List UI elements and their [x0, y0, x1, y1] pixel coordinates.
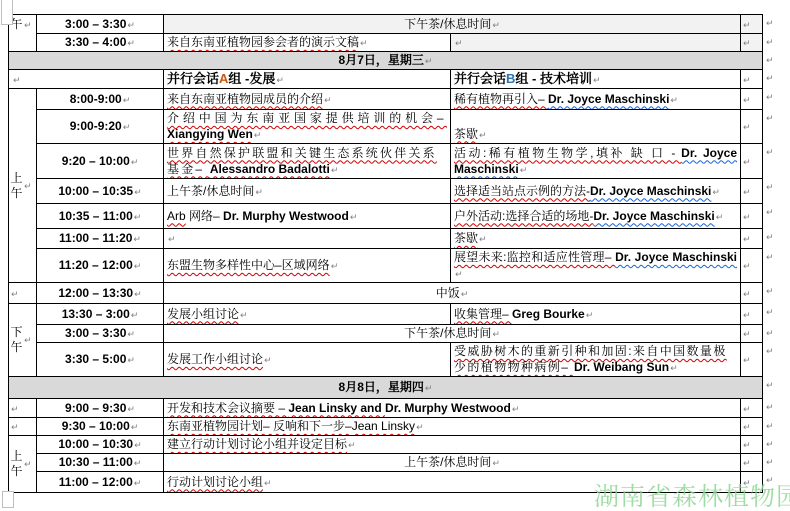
cell-end-mark: ↵	[742, 154, 751, 170]
cell-end-mark: ↵	[253, 127, 262, 143]
cell-end-mark: ↵	[330, 162, 339, 178]
cell-end-mark: ↵	[126, 352, 135, 368]
row-end-cell: ↵	[741, 436, 763, 454]
row-end-cell: ↵	[741, 249, 763, 283]
time-cell[interactable]: 11:00 – 11:20↵	[37, 229, 164, 249]
row-end-cell: ↵	[741, 229, 763, 249]
cell-end-mark: ↵	[126, 326, 135, 342]
cell-end-mark: ↵	[23, 332, 32, 348]
cell-end-mark: ↵	[715, 209, 724, 225]
cell-end-mark: ↵	[742, 17, 751, 33]
time-cell[interactable]: 13:30 – 3:00↵	[37, 304, 164, 325]
cell-end-mark: ↵	[133, 258, 142, 274]
tea-break-cell[interactable]: 下午茶/休息时间↵	[164, 325, 741, 343]
session-b-cell[interactable]: 收集管理– Greg Bourke↵	[451, 304, 741, 325]
cell-end-mark: ↵	[491, 455, 500, 471]
session-a-cell[interactable]: 东盟生物多样性中心–区域网络↵	[164, 249, 451, 283]
cell-end-mark: ↵	[742, 307, 751, 323]
time-cell[interactable]: 9:20 – 10:00↵	[37, 144, 164, 179]
cell-end-mark: ↵	[585, 307, 594, 323]
row-end-cell: ↵	[741, 89, 763, 110]
speaker-name: Dr. Murphy Westwood	[385, 401, 511, 415]
cell-end-mark: ↵	[742, 326, 751, 342]
column-header-session-a[interactable]: 并行会话A组 -发展↵	[164, 70, 451, 89]
cell-end-mark: ↵	[133, 209, 142, 225]
cell-end-mark: ↵	[742, 92, 751, 108]
cell-end-mark: ↵	[23, 178, 32, 194]
cell-end-mark: ↵	[126, 35, 135, 51]
session-b-cell[interactable]: 展望未来:监控和适应性管理– Dr. Joyce Maschinski↵	[451, 249, 741, 283]
row-end-mark: ↵	[766, 147, 774, 158]
empty-line	[454, 111, 737, 126]
speaker-name: Dr. Joyce Maschinski	[548, 92, 669, 106]
row-end-mark: ↵	[766, 73, 774, 84]
cell-end-mark: ↵	[130, 307, 139, 323]
time-cell[interactable]: 3:30 – 5:00↵	[37, 343, 164, 377]
table-row: 9:00-9:20↵ 介绍中国为东南亚国家提供培训的机会– Xiangying …	[9, 110, 763, 144]
period-cell-am-aug7[interactable]: 上午↵	[9, 89, 37, 283]
table-row: 10:30 – 11:00↵ 上午茶/休息时间↵ ↵	[9, 454, 763, 472]
time-cell[interactable]: 9:30 – 10:00↵	[37, 418, 164, 436]
speaker-name: Dr. Joyce Maschinski	[593, 209, 714, 223]
speaker-name: Jean Linsky	[352, 419, 415, 433]
row-end-mark: ↵	[766, 232, 774, 243]
table-row: 11:00 – 11:20↵ ↵ 茶歇↵ ↵	[9, 229, 763, 249]
lunch-cell[interactable]: 中饭↵	[164, 283, 741, 304]
cell-end-mark: ↵	[130, 154, 139, 170]
row-end-mark: ↵	[766, 380, 774, 391]
speaker-name: Jean Linsky and	[288, 401, 385, 415]
row-end-mark: ↵	[766, 457, 774, 468]
session-b-cell[interactable]: 活动:稀有植物生物学,填补 缺 口 - Dr. Joyce Maschinski…	[451, 144, 741, 179]
cell-end-mark: ↵	[415, 419, 424, 435]
session-cell-empty[interactable]: ↵	[451, 34, 741, 52]
session-b-letter: B	[506, 71, 515, 86]
cell-end-mark: ↵	[254, 184, 263, 200]
cell-end-mark: ↵	[133, 437, 142, 453]
time-cell[interactable]: 9:00-9:20↵	[37, 110, 164, 144]
row-end-cell: ↵	[741, 144, 763, 179]
cell-end-mark: ↵	[742, 286, 751, 302]
table-row: 上午↵ 10:00 – 10:30↵ 建立行动计划讨论小组并设定目标↵ ↵	[9, 436, 763, 454]
row-end-mark: ↵	[766, 439, 774, 450]
row-end-mark: ↵	[766, 55, 774, 66]
period-cell-pm-aug7[interactable]: 下午↵	[9, 304, 37, 377]
page-margin-box-top	[1, 0, 13, 25]
tea-break-cell[interactable]: 上午茶/休息时间↵	[164, 454, 741, 472]
time-cell[interactable]: 10:30 – 11:00↵	[37, 454, 164, 472]
time-cell[interactable]: 12:00 – 13:30↵	[37, 283, 164, 304]
row-end-mark: ↵	[766, 92, 774, 103]
cell-end-mark: ↵	[742, 231, 751, 247]
session-a-cell[interactable]: Arb 网络– Dr. Murphy Westwood↵	[164, 204, 451, 229]
table-row: 3:00 – 3:30↵ 下午茶/休息时间↵ ↵	[9, 325, 763, 343]
cell-end-mark: ↵	[330, 258, 339, 274]
row-end-cell: ↵	[741, 304, 763, 325]
period-label: 上午	[10, 171, 23, 201]
row-end-cell: ↵	[741, 283, 763, 304]
row-end-cell: ↵	[741, 179, 763, 204]
row-end-mark: ↵	[766, 113, 774, 124]
cell-end-mark: ↵	[133, 286, 142, 302]
cell-end-mark: ↵	[519, 162, 528, 178]
cell-end-mark: ↵	[23, 456, 32, 472]
session-a-cell[interactable]: 发展小组讨论↵	[164, 304, 451, 325]
cell-end-mark: ↵	[742, 437, 751, 453]
period-cell-am-aug8[interactable]: 上午↵	[9, 436, 37, 493]
row-end-mark: ↵	[766, 286, 774, 297]
row-end-mark: ↵	[766, 307, 774, 318]
session-b-cell[interactable]: 选择适当站点示例的方法-Dr. Joyce Maschinski↵	[451, 179, 741, 204]
cell-end-mark: ↵	[491, 17, 500, 33]
time-cell[interactable]: 8:00-9:00↵	[37, 89, 164, 110]
word-document-page: 午↵ 3:00 – 3:30↵ 下午茶/休息时间↵ ↵ 3:30 – 4:00↵…	[0, 0, 790, 511]
row-end-mark: ↵	[766, 18, 774, 29]
time-cell[interactable]: 10:35 – 11:00↵	[37, 204, 164, 229]
date-header-aug7[interactable]: 8月7日，星期三↵	[9, 52, 763, 70]
cell-end-mark: ↵	[132, 231, 141, 247]
row-end-cell: ↵	[741, 204, 763, 229]
cell-end-mark: ↵	[424, 380, 433, 396]
cell-end-mark: ↵	[511, 401, 520, 417]
cell-end-mark: ↵	[133, 184, 142, 200]
time-cell[interactable]: 10:00 – 10:35↵	[37, 179, 164, 204]
cell-end-mark: ↵	[126, 17, 135, 33]
row-end-mark: ↵	[766, 328, 774, 339]
cell-end-mark: ↵	[323, 92, 332, 108]
speaker-name: Dr. Murphy Westwood	[223, 209, 349, 223]
session-a-cell-tea[interactable]: 上午茶/休息时间↵	[164, 179, 451, 204]
blank-cell[interactable]: ↵	[9, 70, 164, 89]
column-header-session-b[interactable]: 并行会话B组 - 技术培训↵	[451, 70, 741, 89]
cell-end-mark: ↵	[711, 184, 720, 200]
cell-end-mark: ↵	[263, 352, 272, 368]
time-cell[interactable]: 10:00 – 10:30↵	[37, 436, 164, 454]
cell-end-mark: ↵	[742, 352, 751, 368]
row-end-mark: ↵	[766, 182, 774, 193]
time-cell[interactable]: 11:00 – 12:00↵	[37, 472, 164, 493]
table-row-lunch: ↵ 12:00 – 13:30↵ 中饭↵ ↵	[9, 283, 763, 304]
row-end-cell: ↵	[741, 454, 763, 472]
cell-end-mark: ↵	[669, 92, 678, 108]
cell-end-mark: ↵	[10, 401, 19, 417]
cell-end-mark: ↵	[10, 419, 19, 435]
cell-end-mark: ↵	[349, 209, 358, 225]
session-a-cell[interactable]: 世界自然保护联盟和关键生态系统伙伴关系基金– Alessandro Badalo…	[164, 144, 451, 179]
cell-end-mark: ↵	[491, 326, 500, 342]
session-a-cell[interactable]: 发展工作小组讨论↵	[164, 343, 451, 377]
cell-end-mark: ↵	[454, 266, 463, 282]
table-row: 上午↵ 8:00-9:00↵ 来自东南亚植物园成员的介绍↵ 稀有植物再引入– D…	[9, 89, 763, 110]
session-a-cell[interactable]: 介绍中国为东南亚国家提供培训的机会– Xiangying Wen↵	[164, 110, 451, 144]
table-row: 午↵ 3:00 – 3:30↵ 下午茶/休息时间↵ ↵	[9, 15, 763, 34]
cell-end-mark: ↵	[10, 286, 19, 302]
row-end-cell: ↵	[741, 110, 763, 144]
table-row: 下午↵ 13:30 – 3:00↵ 发展小组讨论↵ 收集管理– Greg Bou…	[9, 304, 763, 325]
cell-end-mark: ↵	[359, 35, 368, 51]
period-cell-empty[interactable]: ↵	[9, 283, 37, 304]
cell-end-mark: ↵	[263, 475, 272, 491]
row-end-cell: ↵	[741, 34, 763, 52]
session-a-letter: A	[219, 71, 228, 86]
row-end-cell: ↵	[741, 418, 763, 436]
table-row-date: 8月8日，星期四↵	[9, 377, 763, 399]
cell-end-mark: ↵	[167, 231, 176, 247]
table-row: 3:30 – 5:00↵ 发展工作小组讨论↵ 受威胁树木的重新引种和加固:来自中…	[9, 343, 763, 377]
cell-end-mark: ↵	[122, 119, 131, 135]
speaker-name: Greg Bourke	[512, 307, 585, 321]
table-row: ↵ 9:30 – 10:00↵ 东南亚植物园计划– 反响和下一步–Jean Li…	[9, 418, 763, 436]
period-label: 上午	[10, 449, 23, 479]
row-end-cell: ↵	[741, 15, 763, 34]
cell-end-mark: ↵	[478, 231, 487, 247]
cell-end-mark: ↵	[12, 72, 21, 88]
row-end-mark: ↵	[766, 207, 774, 218]
cell-end-mark: ↵	[454, 35, 463, 51]
speaker-name: Dr. Joyce Maschinski	[615, 250, 737, 264]
date-header-aug8[interactable]: 8月8日，星期四↵	[9, 377, 763, 399]
time-cell[interactable]: 9:00 – 9:30↵	[37, 399, 164, 418]
row-end-mark: ↵	[766, 346, 774, 357]
table-row: 3:30 – 4:00↵ 来自东南亚植物园参会者的演示文稿↵ ↵ ↵	[9, 34, 763, 52]
cell-end-mark: ↵	[424, 53, 433, 69]
row-end-mark: ↵	[766, 421, 774, 432]
time-cell[interactable]: 3:00 – 3:30↵	[37, 15, 164, 34]
session-cell[interactable]: 来自东南亚植物园参会者的演示文稿↵	[164, 34, 451, 52]
session-cell-tea-break[interactable]: 下午茶/休息时间↵	[164, 15, 741, 34]
session-a-cell[interactable]: 来自东南亚植物园成员的介绍↵	[164, 89, 451, 110]
speaker-name: Dr. Joyce Maschinski	[590, 184, 711, 198]
period-cell-empty[interactable]: ↵	[9, 399, 37, 418]
conference-schedule-table: 午↵ 3:00 – 3:30↵ 下午茶/休息时间↵ ↵ 3:30 – 4:00↵…	[8, 14, 763, 493]
session-b-cell[interactable]: 户外活动:选择合适的场地-Dr. Joyce Maschinski↵	[451, 204, 741, 229]
row-end-cell: ↵	[741, 70, 763, 89]
row-end-cell: ↵	[741, 325, 763, 343]
session-b-cell[interactable]: 受威胁树木的重新引种和加固:来自中国数量极少的植物物种病例– Dr. Weiba…	[451, 343, 741, 377]
time-cell[interactable]: 3:00 – 3:30↵	[37, 325, 164, 343]
cell-end-mark: ↵	[239, 307, 248, 323]
session-cell[interactable]: 东南亚植物园计划– 反响和下一步–Jean Linsky↵	[164, 418, 741, 436]
cell-end-mark: ↵	[23, 17, 32, 33]
cell-end-mark: ↵	[742, 419, 751, 435]
table-row: ↵ 9:00 – 9:30↵ 开发和技术会议摘要 – Jean Linsky a…	[9, 399, 763, 418]
cell-end-mark: ↵	[592, 72, 601, 88]
cell-end-mark: ↵	[742, 209, 751, 225]
table-row-date: 8月7日，星期三↵	[9, 52, 763, 70]
row-end-mark: ↵	[766, 37, 774, 48]
cell-end-mark: ↵	[742, 401, 751, 417]
cell-end-mark: ↵	[133, 455, 142, 471]
session-a-cell-empty[interactable]: ↵	[164, 229, 451, 249]
cell-end-mark: ↵	[133, 475, 142, 491]
row-end-mark: ↵	[766, 402, 774, 413]
period-cell-empty[interactable]: ↵	[9, 418, 37, 436]
cell-end-mark: ↵	[742, 35, 751, 51]
cell-end-mark: ↵	[347, 437, 356, 453]
page-margin-box-bottom	[2, 491, 14, 508]
row-end-cell: ↵	[741, 343, 763, 377]
cell-end-mark: ↵	[742, 258, 751, 274]
cell-end-mark: ↵	[742, 184, 751, 200]
table-row: 10:35 – 11:00↵ Arb 网络– Dr. Murphy Westwo…	[9, 204, 763, 229]
speaker-name: Dr. Weibang Sun	[574, 360, 669, 374]
row-end-mark: ↵	[766, 252, 774, 263]
cell-end-mark: ↵	[126, 401, 135, 417]
period-label: 下午	[10, 325, 23, 355]
cell-end-mark: ↵	[478, 127, 487, 143]
cell-end-mark: ↵	[742, 455, 751, 471]
speaker-name: Xiangying Wen	[167, 127, 253, 141]
cell-end-mark: ↵	[460, 286, 469, 302]
cell-end-mark: ↵	[275, 72, 284, 88]
watermark-text: 湖南省森林植物园	[594, 477, 790, 511]
session-b-cell[interactable]: 茶歇↵	[451, 110, 741, 144]
row-end-cell: ↵	[741, 399, 763, 418]
session-cell[interactable]: 建立行动计划讨论小组并设定目标↵	[164, 436, 741, 454]
cell-end-mark: ↵	[742, 72, 751, 88]
time-cell[interactable]: 11:20 – 12:00↵	[37, 249, 164, 283]
cell-end-mark: ↵	[122, 92, 131, 108]
table-row: 9:20 – 10:00↵ 世界自然保护联盟和关键生态系统伙伴关系基金– Ale…	[9, 144, 763, 179]
session-b-cell[interactable]: 稀有植物再引入– Dr. Joyce Maschinski↵	[451, 89, 741, 110]
table-row: 10:00 – 10:35↵ 上午茶/休息时间↵ 选择适当站点示例的方法-Dr.…	[9, 179, 763, 204]
cell-end-mark: ↵	[742, 119, 751, 135]
session-cell[interactable]: 开发和技术会议摘要 – Jean Linsky and Dr. Murphy W…	[164, 399, 741, 418]
table-row: 11:20 – 12:00↵ 东盟生物多样性中心–区域网络↵ 展望未来:监控和适…	[9, 249, 763, 283]
session-b-cell[interactable]: 茶歇↵	[451, 229, 741, 249]
table-row-headers: ↵ 并行会话A组 -发展↵ 并行会话B组 - 技术培训↵ ↵	[9, 70, 763, 89]
cell-end-mark: ↵	[669, 360, 678, 376]
speaker-name: Alessandro Badalotti	[210, 162, 330, 176]
cell-end-mark: ↵	[130, 419, 139, 435]
time-cell[interactable]: 3:30 – 4:00↵	[37, 34, 164, 52]
